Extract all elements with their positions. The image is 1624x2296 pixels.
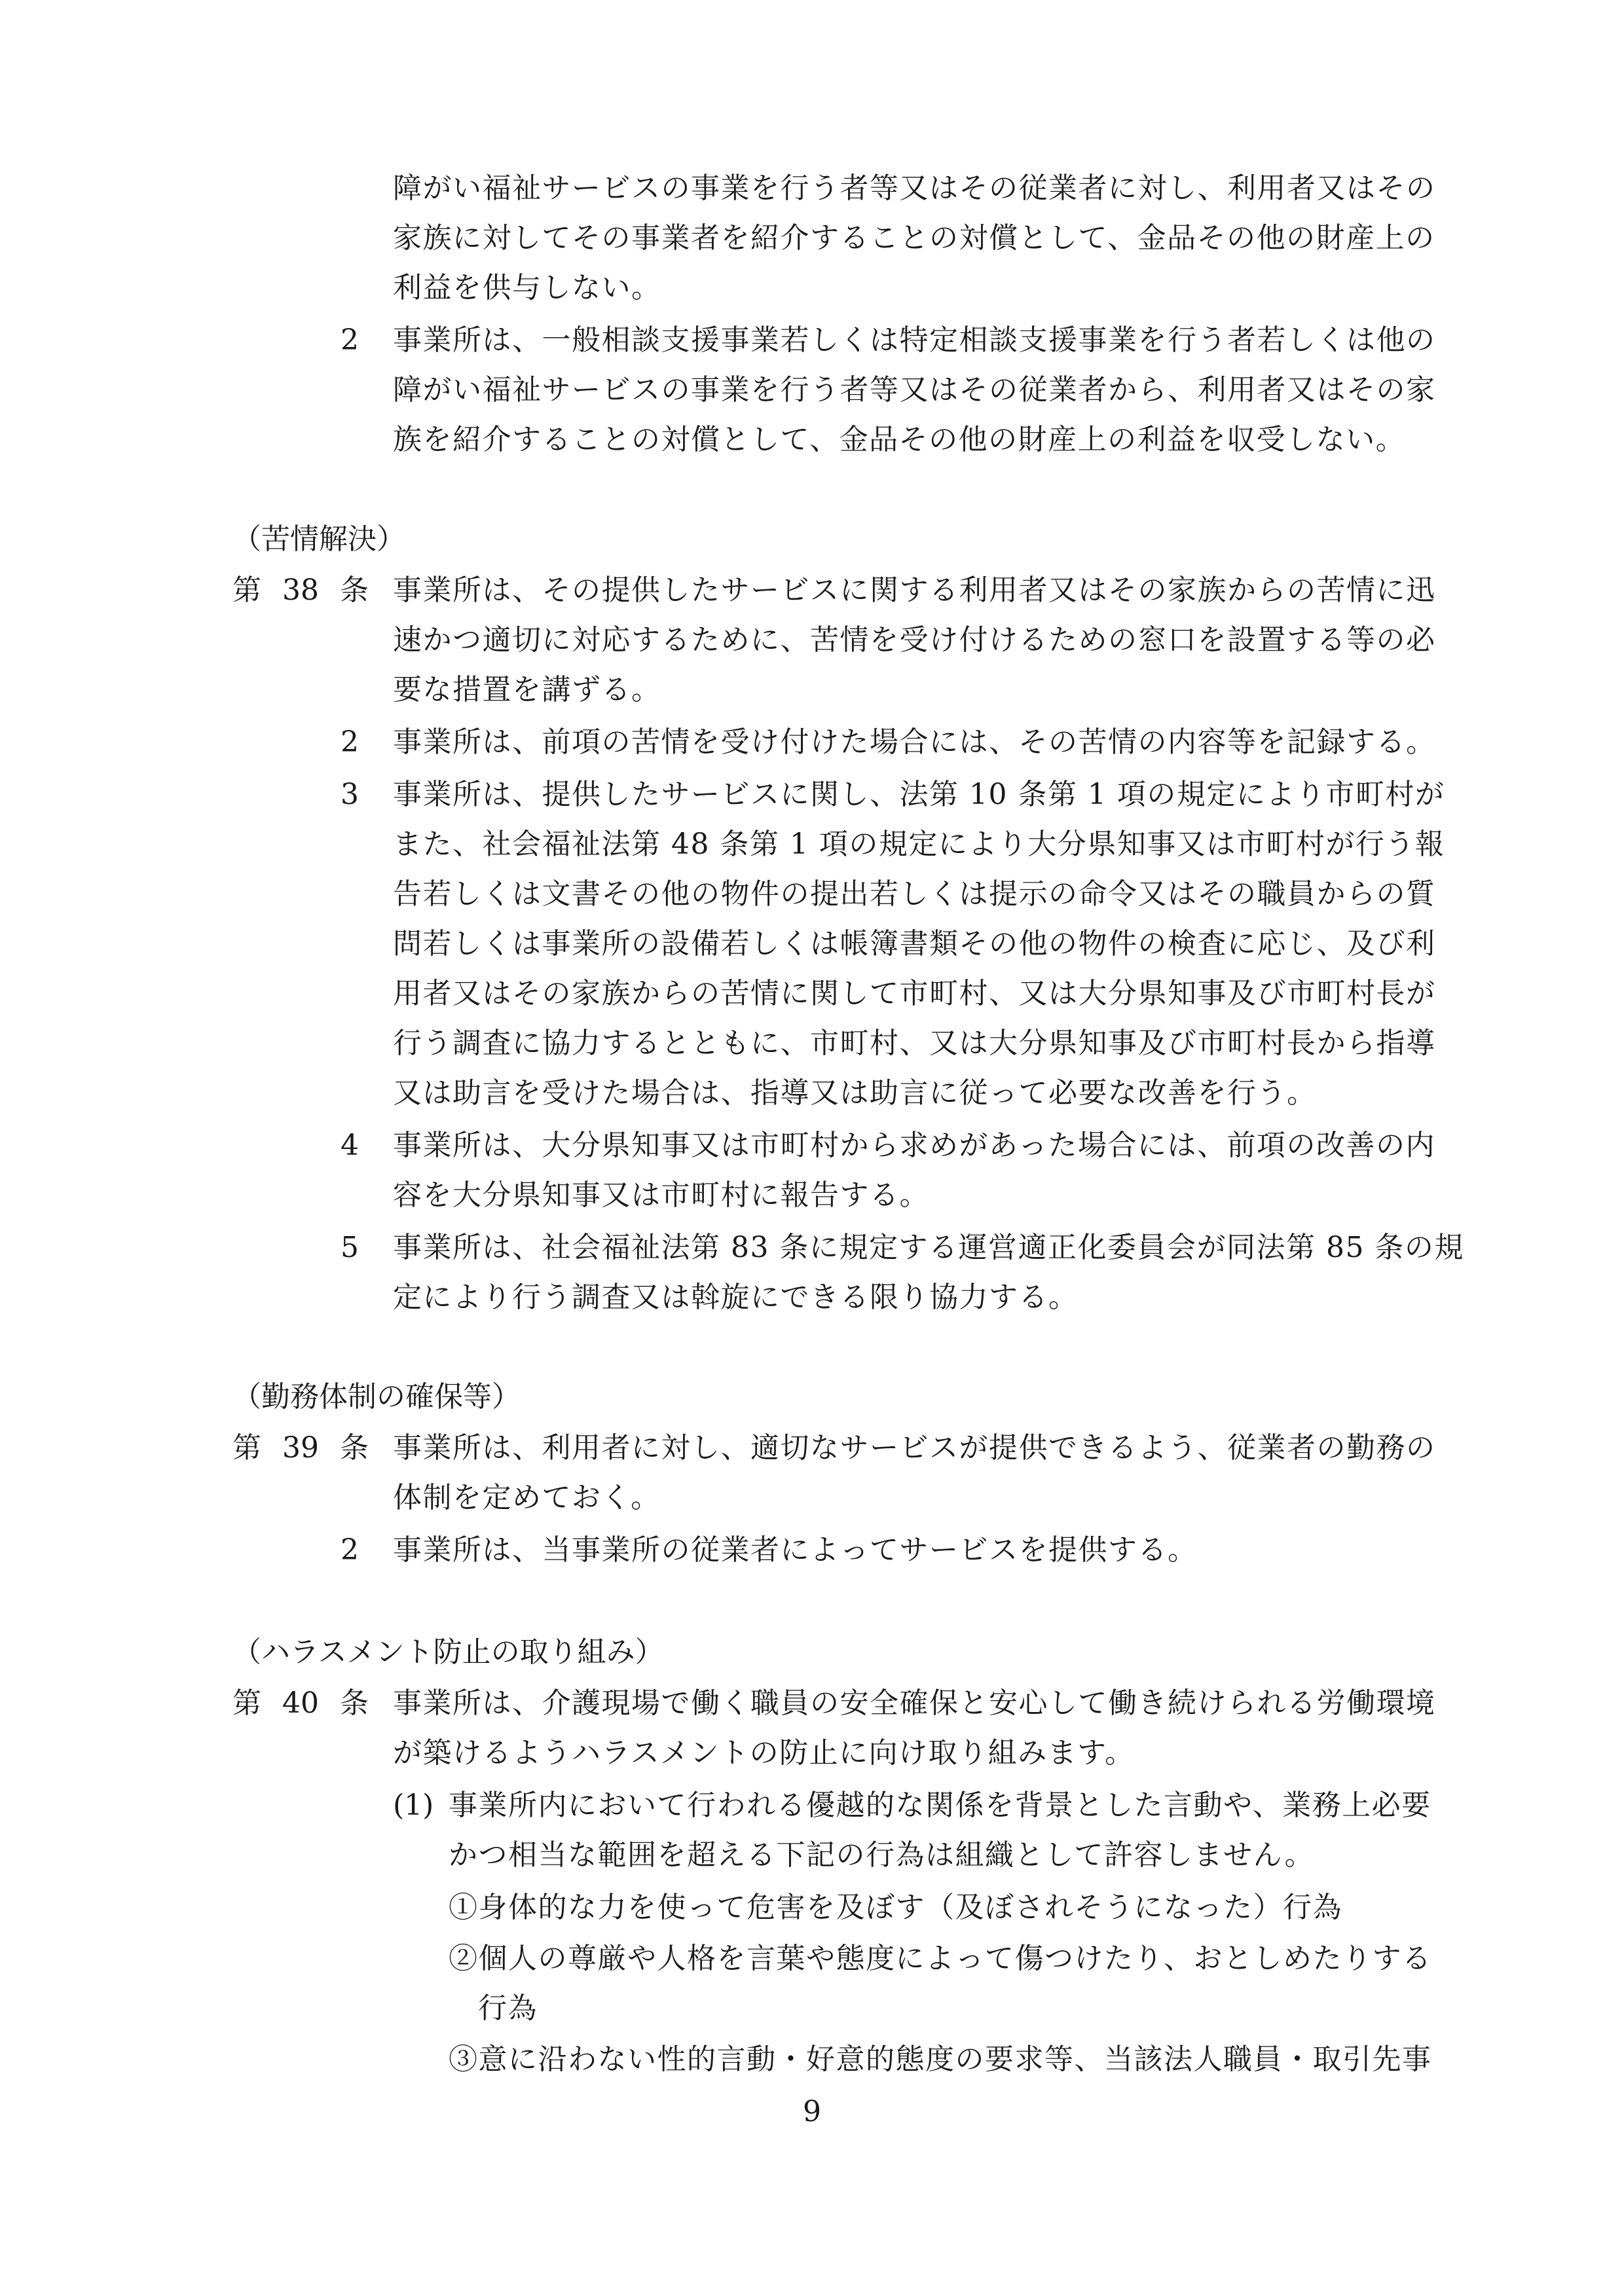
body-line: 事業所は、一般相談支援事業若しくは特定相談支援事業を行う者若しくは他の — [393, 321, 1436, 360]
body-line: 事業所は、当事業所の従業者によってサービスを提供する。 — [393, 1531, 1198, 1570]
item-number: 4 — [341, 1126, 359, 1165]
body-line: 事業所は、その提供したサービスに関する利用者又はその家族からの苦情に迅 — [393, 571, 1436, 610]
body-line: 告若しくは文書その他の物件の提出若しくは提示の命令又はその職員からの質 — [393, 875, 1436, 914]
body-line: かつ相当な範囲を超える下記の行為は組織として許容しません。 — [449, 1836, 1314, 1875]
item-number: 2 — [341, 723, 359, 762]
item-number: 5 — [341, 1228, 359, 1267]
body-line: 定により行う調査又は斡旋にできる限り協力する。 — [393, 1278, 1079, 1317]
list-item: ②個人の尊厳や人格を言葉や態度によって傷つけたり、おとしめたりする — [449, 1939, 1432, 1978]
article-label: 第 39 条 — [232, 1429, 369, 1468]
page-number: 9 — [0, 2092, 1624, 2132]
body-line: 事業所は、提供したサービスに関し、法第 10 条第 1 項の規定により市町村が — [393, 775, 1445, 814]
article-label: 第 38 条 — [232, 571, 369, 610]
sub-item-number: (1) — [393, 1786, 434, 1825]
body-line: 用者又はその家族からの苦情に関して市町村、又は大分県知事及び市町村長が — [393, 974, 1436, 1013]
item-number: 2 — [341, 1531, 359, 1570]
body-line: 事業所は、介護現場で働く職員の安全確保と安心して働き続けられる労働環境 — [393, 1684, 1436, 1723]
body-line: 事業所は、大分県知事又は市町村から求めがあった場合には、前項の改善の内 — [393, 1126, 1435, 1165]
body-line: 家族に対してその事業者を紹介することの対償として、金品その他の財産上の — [393, 219, 1435, 258]
body-line: 問若しくは事業所の設備若しくは帳簿書類その他の物件の検査に応じ、及び利 — [393, 924, 1436, 964]
article-label: 第 40 条 — [232, 1684, 369, 1723]
body-line: 又は助言を受けた場合は、指導又は助言に従って必要な改善を行う。 — [393, 1074, 1317, 1113]
body-line: が築けるようハラスメントの防止に向け取り組みます。 — [393, 1734, 1135, 1773]
body-line: 事業所は、前項の苦情を受け付けた場合には、その苦情の内容等を記録する。 — [393, 723, 1436, 762]
body-line: 事業所内において行われる優越的な関係を背景とした言動や、業務上必要 — [449, 1786, 1431, 1825]
list-item: ③意に沿わない性的言動・好意的態度の要求等、当該法人職員・取引先事 — [449, 2040, 1432, 2079]
document-page: 障がい福祉サービスの事業を行う者等又はその従業者に対し、利用者又はその 家族に対… — [0, 0, 1624, 2296]
article-heading: （勤務体制の確保等） — [232, 1377, 521, 1417]
body-line: 容を大分県知事又は市町村に報告する。 — [393, 1176, 929, 1215]
body-line: 利益を供与しない。 — [393, 268, 661, 308]
list-item: ①身体的な力を使って危害を及ぼす（及ぼされそうになった）行為 — [449, 1888, 1342, 1927]
body-line: 体制を定めておく。 — [393, 1478, 661, 1518]
article-heading: （ハラスメント防止の取り組み） — [232, 1633, 664, 1672]
body-line: 行う調査に協力するとともに、市町村、又は大分県知事及び市町村長から指導 — [393, 1024, 1436, 1063]
body-line: 障がい福祉サービスの事業を行う者等又はその従業者から、利用者又はその家 — [393, 371, 1436, 410]
body-line: また、社会福祉法第 48 条第 1 項の規定により大分県知事又は市町村が行う報 — [393, 825, 1445, 864]
body-line: 事業所は、社会福祉法第 83 条に規定する運営適正化委員会が同法第 85 条の規 — [393, 1228, 1464, 1267]
item-number: 2 — [341, 321, 359, 360]
body-line: 要な措置を講ずる。 — [393, 670, 661, 710]
body-line: 事業所は、利用者に対し、適切なサービスが提供できるよう、従業者の勤務の — [393, 1429, 1436, 1468]
list-item-continuation: 行為 — [478, 1989, 538, 2028]
body-line: 速かつ適切に対応するために、苦情を受け付けるための窓口を設置する等の必 — [393, 621, 1436, 660]
body-line: 障がい福祉サービスの事業を行う者等又はその従業者に対し、利用者又はその — [393, 169, 1436, 208]
item-number: 3 — [341, 775, 359, 814]
article-heading: （苦情解決） — [232, 520, 405, 559]
body-line: 族を紹介することの対償として、金品その他の財産上の利益を収受しない。 — [393, 420, 1405, 460]
